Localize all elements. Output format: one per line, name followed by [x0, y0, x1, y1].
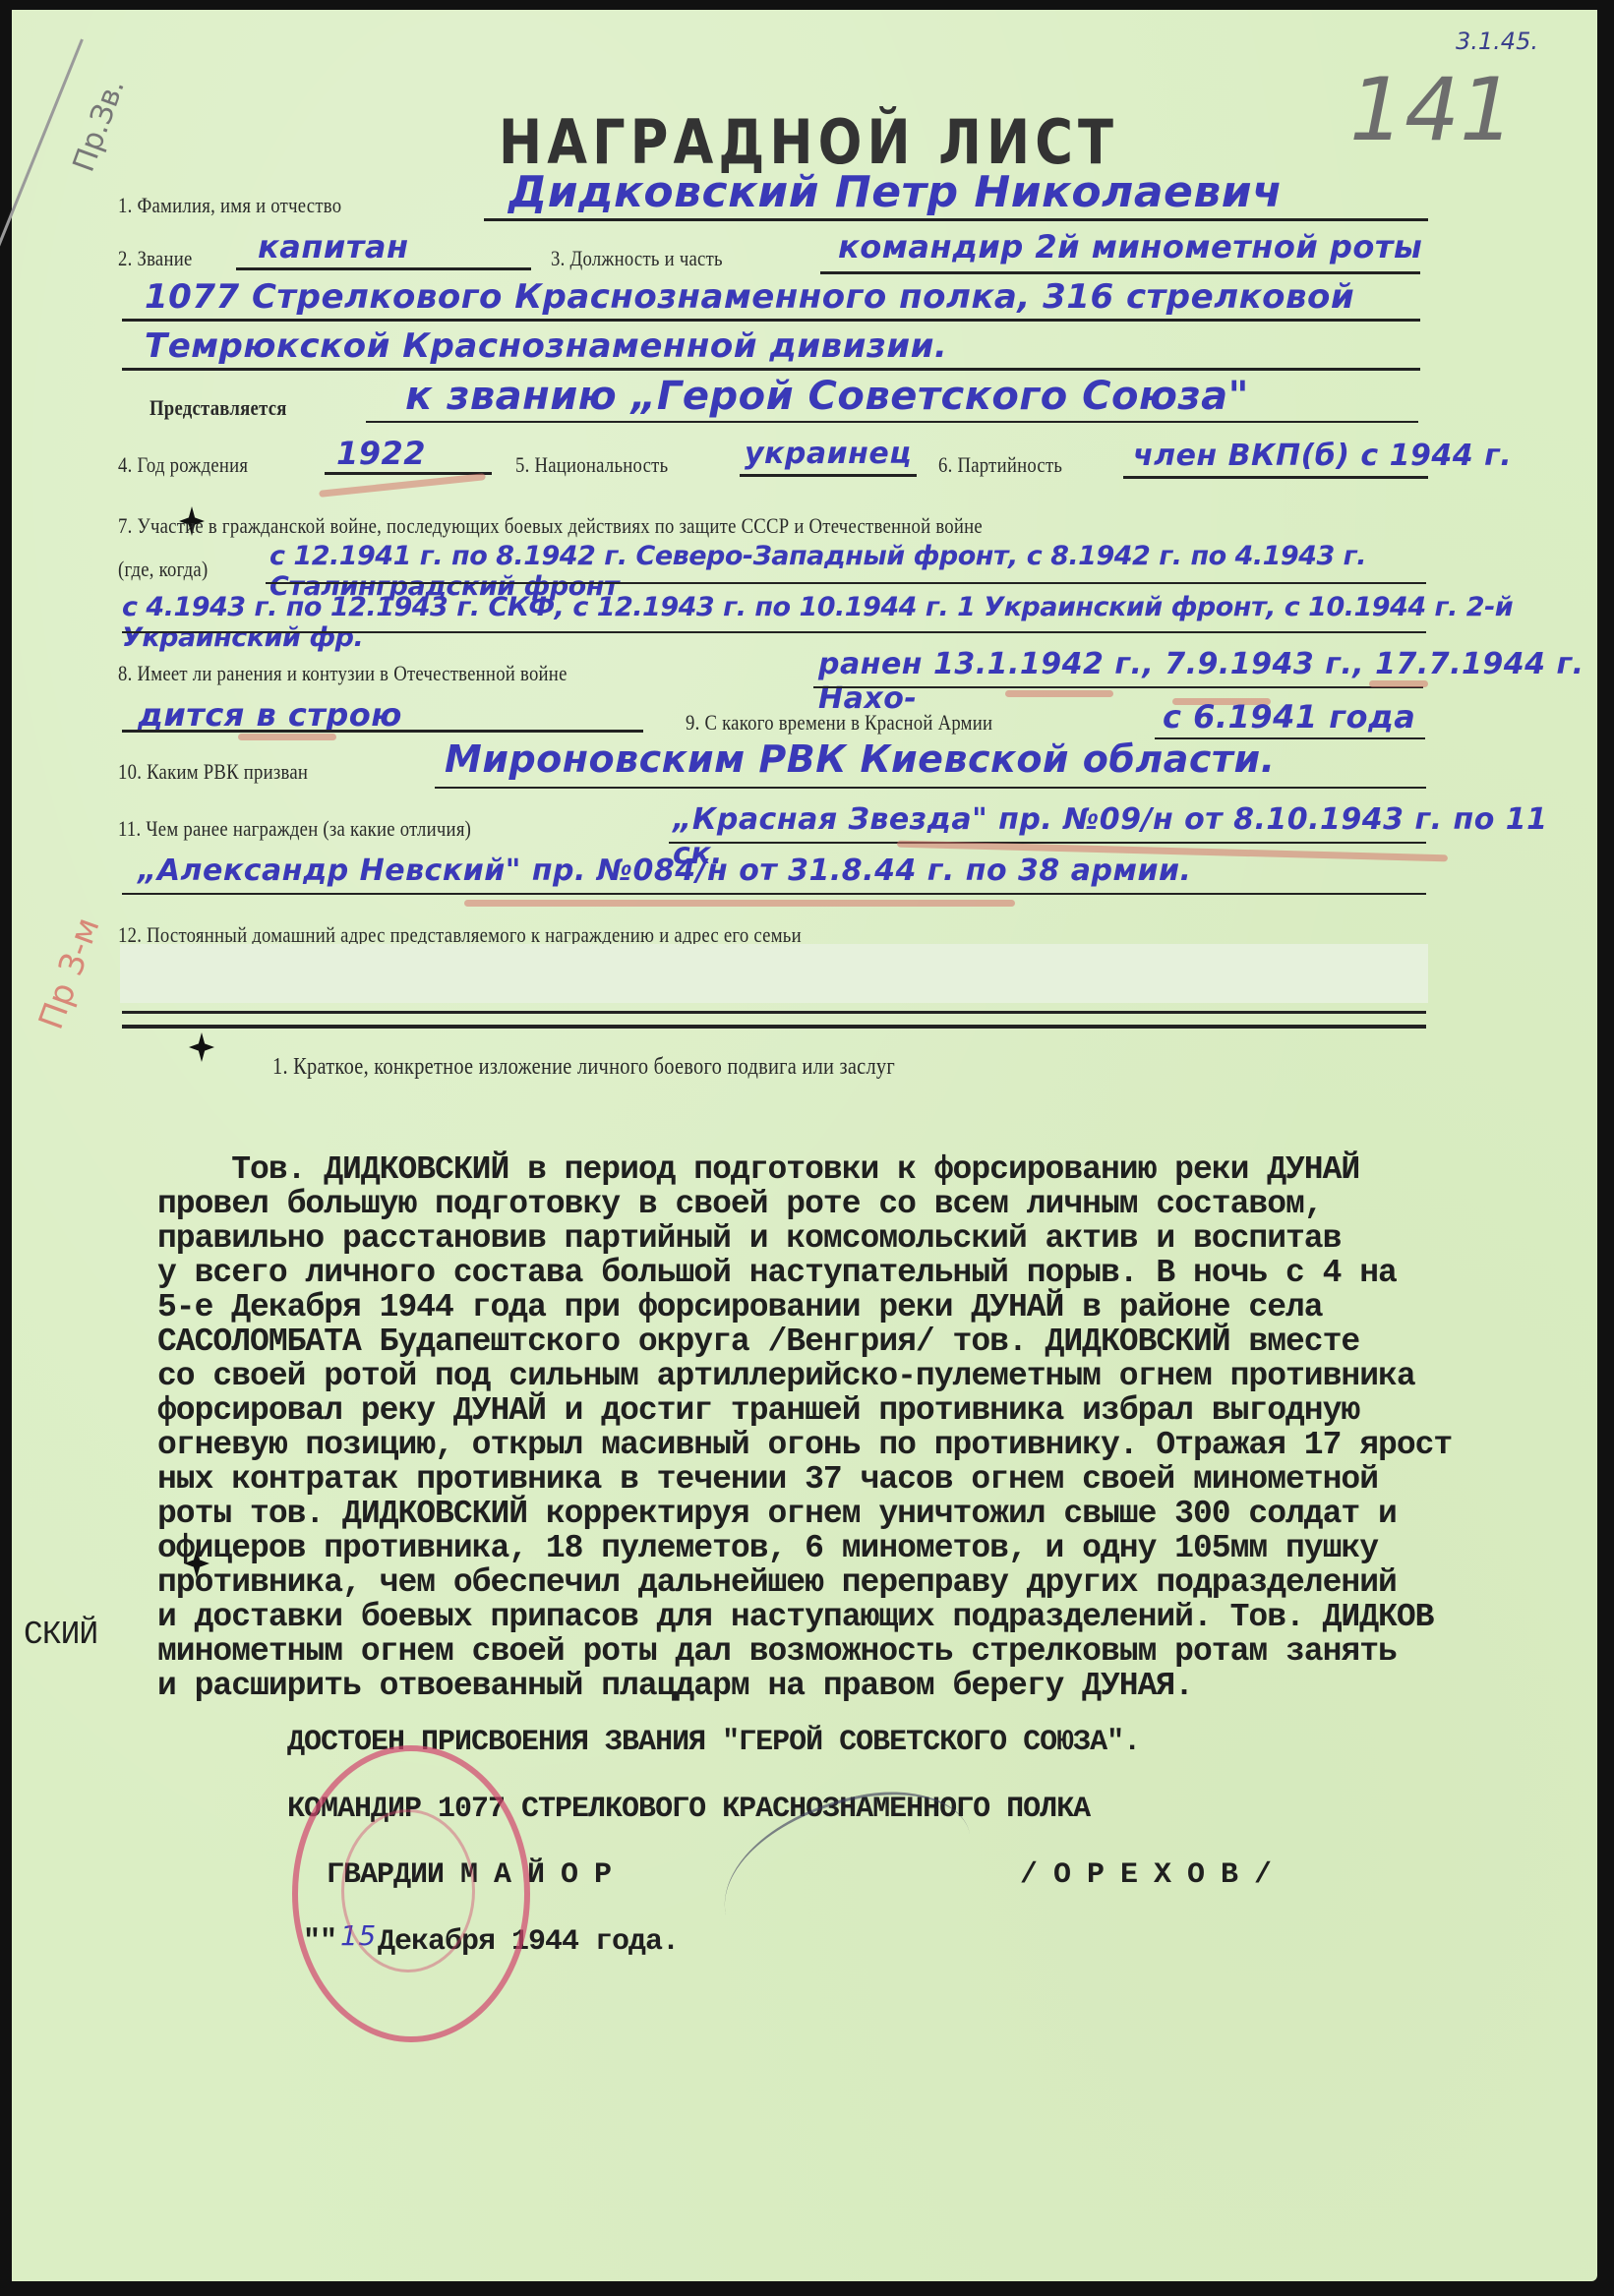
field-position-value-1: командир 2й минометной роты [838, 228, 1422, 265]
field-service-value-2: с 4.1943 г. по 12.1943 г. СКФ, с 12.1943… [122, 592, 1597, 653]
field-nationality-value: украинец [745, 437, 912, 471]
margin-note-left: Пр 3-м [31, 913, 108, 1034]
citation-line: форсировал реку ДУНАЙ и достиг траншей п… [157, 1393, 1452, 1428]
citation-line: правильно расстановив партийный и комсом… [157, 1221, 1452, 1256]
field-army-since-label: 9. С какого времени в Красной Армии [686, 710, 992, 736]
field-rank-label: 2. Звание [118, 246, 193, 271]
citation-line: роты тов. ДИДКОВСКИЙ корректируя огнем у… [157, 1497, 1452, 1531]
citation-line: со своей ротой под сильным артиллерийско… [157, 1359, 1452, 1393]
field-position-label: 3. Должность и часть [551, 246, 723, 271]
field-party-value: член ВКП(б) с 1944 г. [1133, 439, 1512, 473]
signer-name: / О Р Е Х О В / [1020, 1858, 1271, 1893]
citation-line: провел большую подготовку в своей роте с… [157, 1187, 1452, 1221]
nominated-value: к званию „Герой Советского Союза" [405, 374, 1249, 419]
field-awards-value-2: „Александр Невский" пр. №084/н от 31.8.4… [138, 854, 1191, 888]
official-stamp-inner [341, 1809, 475, 1972]
margin-note-top: Пр.Зв. [67, 75, 132, 177]
citation-line: огневую позицию, открыл масивный огонь п… [157, 1428, 1452, 1462]
field-rank-value: капитан [258, 228, 409, 265]
archive-number: 141 [1349, 59, 1515, 160]
field-service-label-2: (где, когда) [118, 557, 208, 582]
field-wounds-label: 8. Имеет ли ранения и контузии в Отечест… [118, 661, 568, 686]
award-sheet-page: Пр.Зв. Пр 3-м 3.1.45. 141 НАГРАДНОЙ ЛИСТ… [12, 10, 1597, 2281]
citation-line: офицеров противника, 18 пулеметов, 6 мин… [157, 1531, 1452, 1565]
citation-line: у всего личного состава большой наступат… [157, 1256, 1452, 1290]
citation-line: и расширить отвоеванный плацдарм на прав… [157, 1669, 1452, 1703]
punch-hole [189, 1032, 214, 1062]
field-birth-year-value: 1922 [336, 435, 426, 472]
field-party-label: 6. Партийность [938, 452, 1062, 478]
field-rvk-label: 10. Каким РВК призван [118, 759, 308, 785]
citation-line: САСОЛОМБАТА Будапештского округа /Венгри… [157, 1325, 1452, 1359]
citation-text: Тов. ДИДКОВСКИЙ в период подготовки к фо… [157, 1152, 1452, 1703]
citation-line: 5-е Декабря 1944 года при форсировании р… [157, 1290, 1452, 1325]
nominated-label: Представляется [149, 395, 287, 421]
margin-fragment: СКИЙ [24, 1618, 97, 1652]
field-rvk-value: Мироновским РВК Киевской области. [445, 737, 1276, 781]
field-name-value: Дидковский Петр Николаевич [508, 167, 1283, 217]
citation-line: минометным огнем своей роты дал возможно… [157, 1634, 1452, 1669]
received-date: 3.1.45. [1456, 28, 1538, 55]
field-name-label: 1. Фамилия, имя и отчество [118, 193, 341, 218]
field-awards-label: 11. Чем ранее награжден (за какие отличи… [118, 816, 471, 842]
citation-line: и доставки боевых припасов для наступающ… [157, 1600, 1452, 1634]
field-service-label-1: 7. Участие в гражданской войне, последую… [118, 513, 983, 539]
field-position-value-2: 1077 Стрелкового Краснознаменного полка,… [145, 277, 1354, 317]
address-redacted [120, 944, 1428, 1003]
field-position-value-3: Темрюкской Краснознаменной дивизии. [145, 326, 947, 366]
citation-line: ных контратак противника в течении 37 ча… [157, 1462, 1452, 1497]
section-heading: 1. Краткое, конкретное изложение личного… [272, 1054, 895, 1081]
citation-line: Тов. ДИДКОВСКИЙ в период подготовки к фо… [157, 1152, 1452, 1187]
pencil-slash [0, 38, 84, 259]
citation-line: противника, чем обеспечил дальнейшею пер… [157, 1565, 1452, 1600]
field-wounds-value-2: дится в строю [138, 696, 402, 734]
field-nationality-label: 5. Национальность [515, 452, 668, 478]
field-birth-year-label: 4. Год рождения [118, 452, 248, 478]
field-army-since-value: с 6.1941 года [1163, 698, 1415, 736]
